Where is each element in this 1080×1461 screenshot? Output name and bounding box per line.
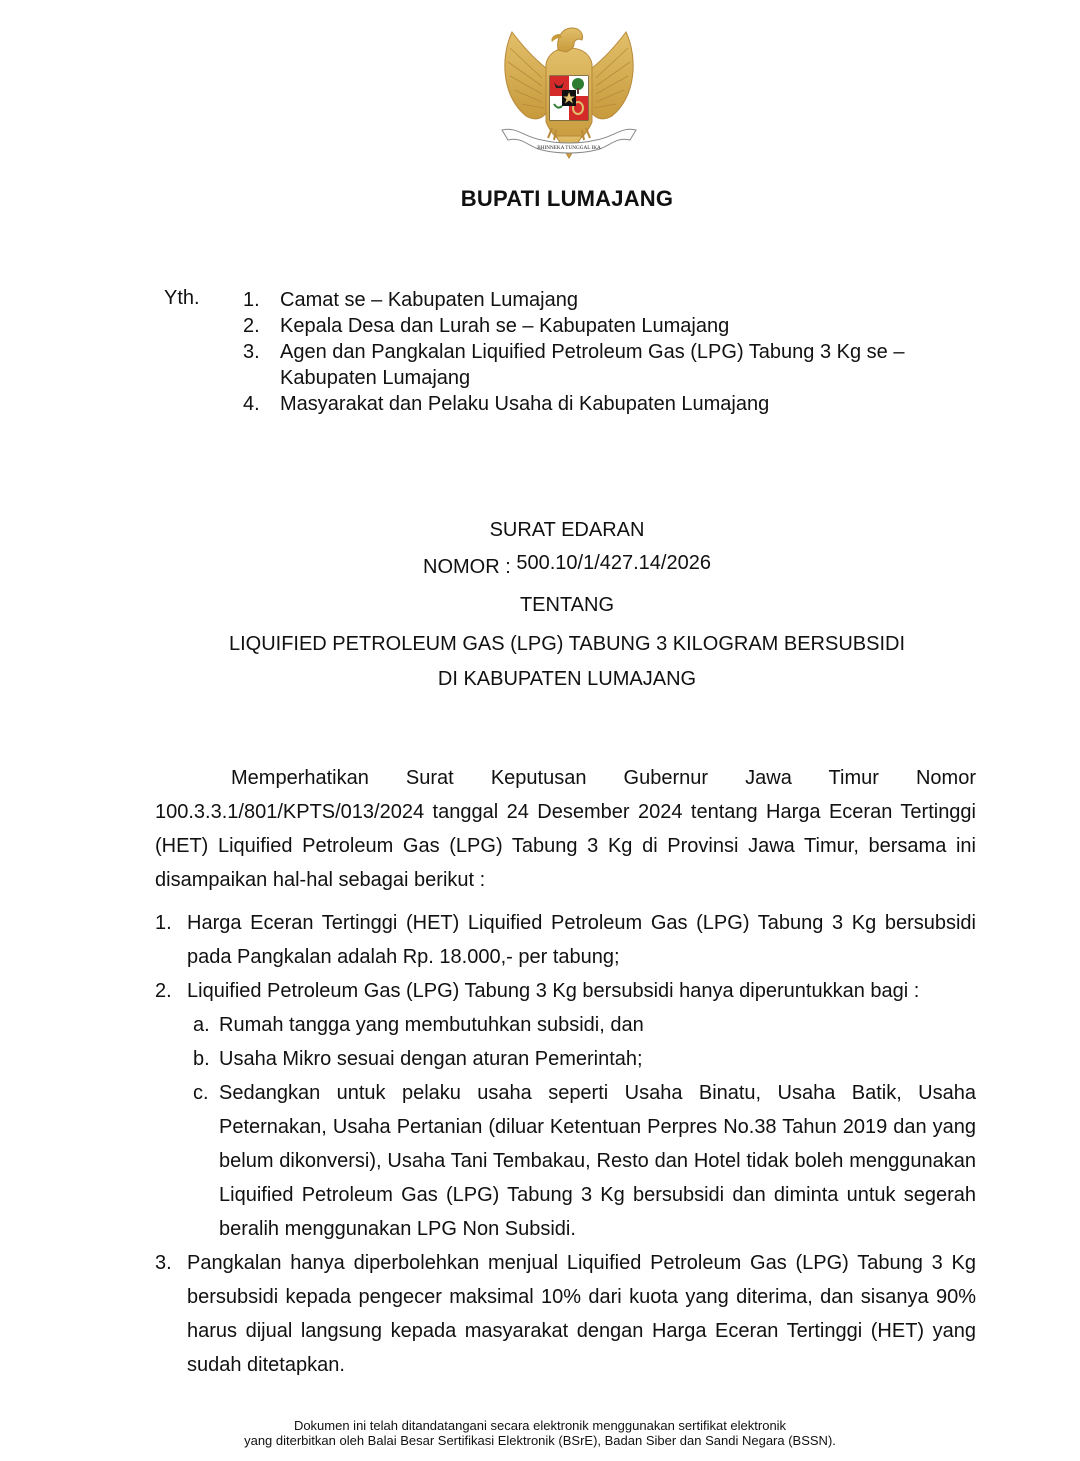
recipients-label: Yth. xyxy=(164,287,200,310)
garuda-pancasila-emblem-icon: BHINNEKA TUNGGAL IKA xyxy=(496,18,642,168)
footer-line-1: Dokumen ini telah ditandatangani secara … xyxy=(0,1418,1080,1433)
point-text: Pangkalan hanya diperbolehkan menjual Li… xyxy=(187,1246,976,1382)
recipient-text: Masyarakat dan Pelaku Usaha di Kabupaten… xyxy=(280,391,940,417)
subpoint-text: Rumah tangga yang membutuhkan subsidi, d… xyxy=(219,1008,976,1042)
issuer-title: BUPATI LUMAJANG xyxy=(0,186,1080,212)
recipient-item: 4. Masyarakat dan Pelaku Usaha di Kabupa… xyxy=(243,391,940,417)
recipients-list: 1. Camat se – Kabupaten Lumajang 2. Kepa… xyxy=(243,287,940,417)
document-number-value: 500.10/1/427.14/2026 xyxy=(516,552,711,574)
document-type: SURAT EDARAN xyxy=(0,519,1080,542)
subpoint-item: b. Usaha Mikro sesuai dengan aturan Peme… xyxy=(193,1042,976,1076)
point-text: Liquified Petroleum Gas (LPG) Tabung 3 K… xyxy=(187,974,976,1008)
subject-line-1: LIQUIFIED PETROLEUM GAS (LPG) TABUNG 3 K… xyxy=(0,633,1080,656)
subpoint-item: a. Rumah tangga yang membutuhkan subsidi… xyxy=(193,1008,976,1042)
subpoint-text: Sedangkan untuk pelaku usaha seperti Usa… xyxy=(219,1076,976,1246)
document-number-label: NOMOR : xyxy=(423,556,511,578)
recipient-item: 3. Agen dan Pangkalan Liquified Petroleu… xyxy=(243,339,940,391)
recipient-text: Camat se – Kabupaten Lumajang xyxy=(280,287,940,313)
points-list: 1. Harga Eceran Tertinggi (HET) Liquifie… xyxy=(155,906,976,1382)
recipient-text: Agen dan Pangkalan Liquified Petroleum G… xyxy=(280,339,925,391)
recipient-number: 4. xyxy=(243,391,280,417)
point-item: 2. Liquified Petroleum Gas (LPG) Tabung … xyxy=(155,974,976,1008)
subject-line-2: DI KABUPATEN LUMAJANG xyxy=(0,668,1080,691)
e-signature-notice: Dokumen ini telah ditandatangani secara … xyxy=(0,1418,1080,1448)
point-text: Harga Eceran Tertinggi (HET) Liquified P… xyxy=(187,906,976,974)
point-number: 3. xyxy=(155,1246,187,1382)
subpoint-text: Usaha Mikro sesuai dengan aturan Pemerin… xyxy=(219,1042,976,1076)
svg-text:BHINNEKA TUNGGAL IKA: BHINNEKA TUNGGAL IKA xyxy=(537,145,601,151)
document-number: NOMOR : 500.10/1/427.14/2026 xyxy=(0,556,1080,579)
recipient-number: 2. xyxy=(243,313,280,339)
point-number: 2. xyxy=(155,974,187,1008)
recipient-item: 1. Camat se – Kabupaten Lumajang xyxy=(243,287,940,313)
tentang-label: TENTANG xyxy=(0,594,1080,617)
footer-line-2: yang diterbitkan oleh Balai Besar Sertif… xyxy=(0,1433,1080,1448)
recipient-number: 3. xyxy=(243,339,280,391)
point-item: 3. Pangkalan hanya diperbolehkan menjual… xyxy=(155,1246,976,1382)
intro-paragraph: Memperhatikan Surat Keputusan Gubernur J… xyxy=(155,761,976,897)
recipient-number: 1. xyxy=(243,287,280,313)
recipient-text: Kepala Desa dan Lurah se – Kabupaten Lum… xyxy=(280,313,940,339)
recipient-item: 2. Kepala Desa dan Lurah se – Kabupaten … xyxy=(243,313,940,339)
subpoint-letter: b. xyxy=(193,1042,219,1076)
point-item: 1. Harga Eceran Tertinggi (HET) Liquifie… xyxy=(155,906,976,974)
subpoint-letter: a. xyxy=(193,1008,219,1042)
subpoint-letter: c. xyxy=(193,1076,219,1246)
subpoint-item: c. Sedangkan untuk pelaku usaha seperti … xyxy=(193,1076,976,1246)
point-number: 1. xyxy=(155,906,187,974)
